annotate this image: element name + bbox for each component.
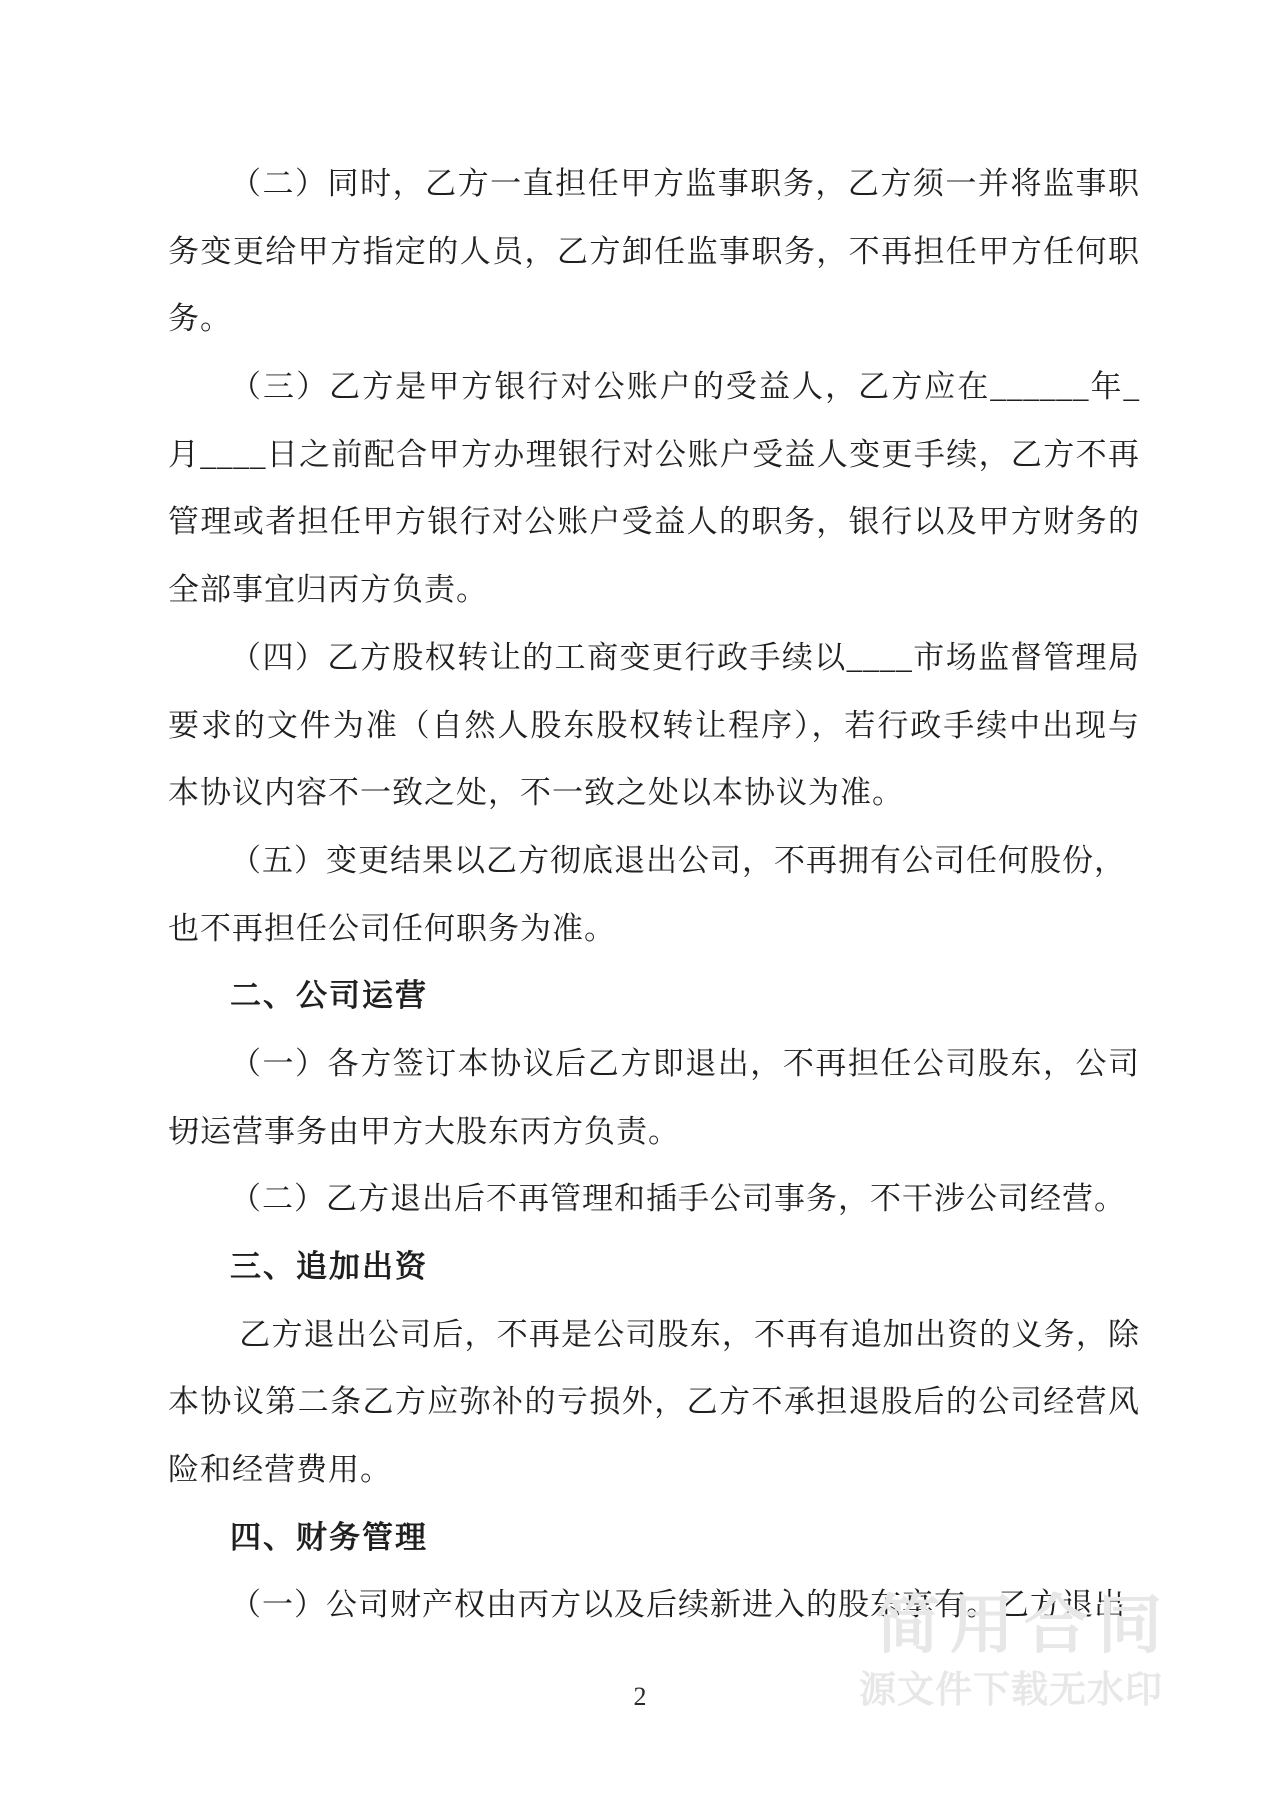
section-heading: 二、公司运营: [168, 962, 1140, 1030]
document-body: （二）同时，乙方一直担任甲方监事职务，乙方须一并将监事职务变更给甲方指定的人员，…: [168, 150, 1140, 1639]
page-number: 2: [0, 1682, 1280, 1712]
text-line: （一）公司财产权由丙方以及后续新进入的股东享有。乙方退出: [168, 1571, 1140, 1639]
text-line: （二）乙方退出后不再管理和插手公司事务，不干涉公司经营。: [168, 1165, 1140, 1233]
text-line: 乙方退出公司后，不再是公司股东，不再有追加出资的义务，除: [168, 1301, 1140, 1369]
text-line: 要求的文件为准（自然人股东股权转让程序），若行政手续中出现与: [168, 692, 1140, 760]
text-line: 月____日之前配合甲方办理银行对公账户受益人变更手续，乙方不再: [168, 421, 1140, 489]
text-line: 本协议内容不一致之处，不一致之处以本协议为准。: [168, 759, 1140, 827]
text-line: 切运营事务由甲方大股东丙方负责。: [168, 1098, 1140, 1166]
section-heading: 三、追加出资: [168, 1233, 1140, 1301]
section-heading: 四、财务管理: [168, 1504, 1140, 1572]
text-line: 险和经营费用。: [168, 1436, 1140, 1504]
text-line: 全部事宜归丙方负责。: [168, 556, 1140, 624]
text-line: 务变更给甲方指定的人员，乙方卸任监事职务，不再担任甲方任何职: [168, 218, 1140, 286]
text-line: （一）各方签订本协议后乙方即退出，不再担任公司股东，公司一: [168, 1030, 1140, 1098]
text-line: 管理或者担任甲方银行对公账户受益人的职务，银行以及甲方财务的: [168, 488, 1140, 556]
text-line: （三）乙方是甲方银行对公账户的受益人，乙方应在______年_: [168, 353, 1140, 421]
text-line: （五）变更结果以乙方彻底退出公司，不再拥有公司任何股份，: [168, 827, 1140, 895]
text-line: 本协议第二条乙方应弥补的亏损外，乙方不承担退股后的公司经营风: [168, 1368, 1140, 1436]
text-line: （二）同时，乙方一直担任甲方监事职务，乙方须一并将监事职: [168, 150, 1140, 218]
text-line: 也不再担任公司任何职务为准。: [168, 895, 1140, 963]
document-page: （二）同时，乙方一直担任甲方监事职务，乙方须一并将监事职务变更给甲方指定的人员，…: [0, 0, 1280, 1810]
text-line: 务。: [168, 285, 1140, 353]
text-line: （四）乙方股权转让的工商变更行政手续以____市场监督管理局: [168, 624, 1140, 692]
